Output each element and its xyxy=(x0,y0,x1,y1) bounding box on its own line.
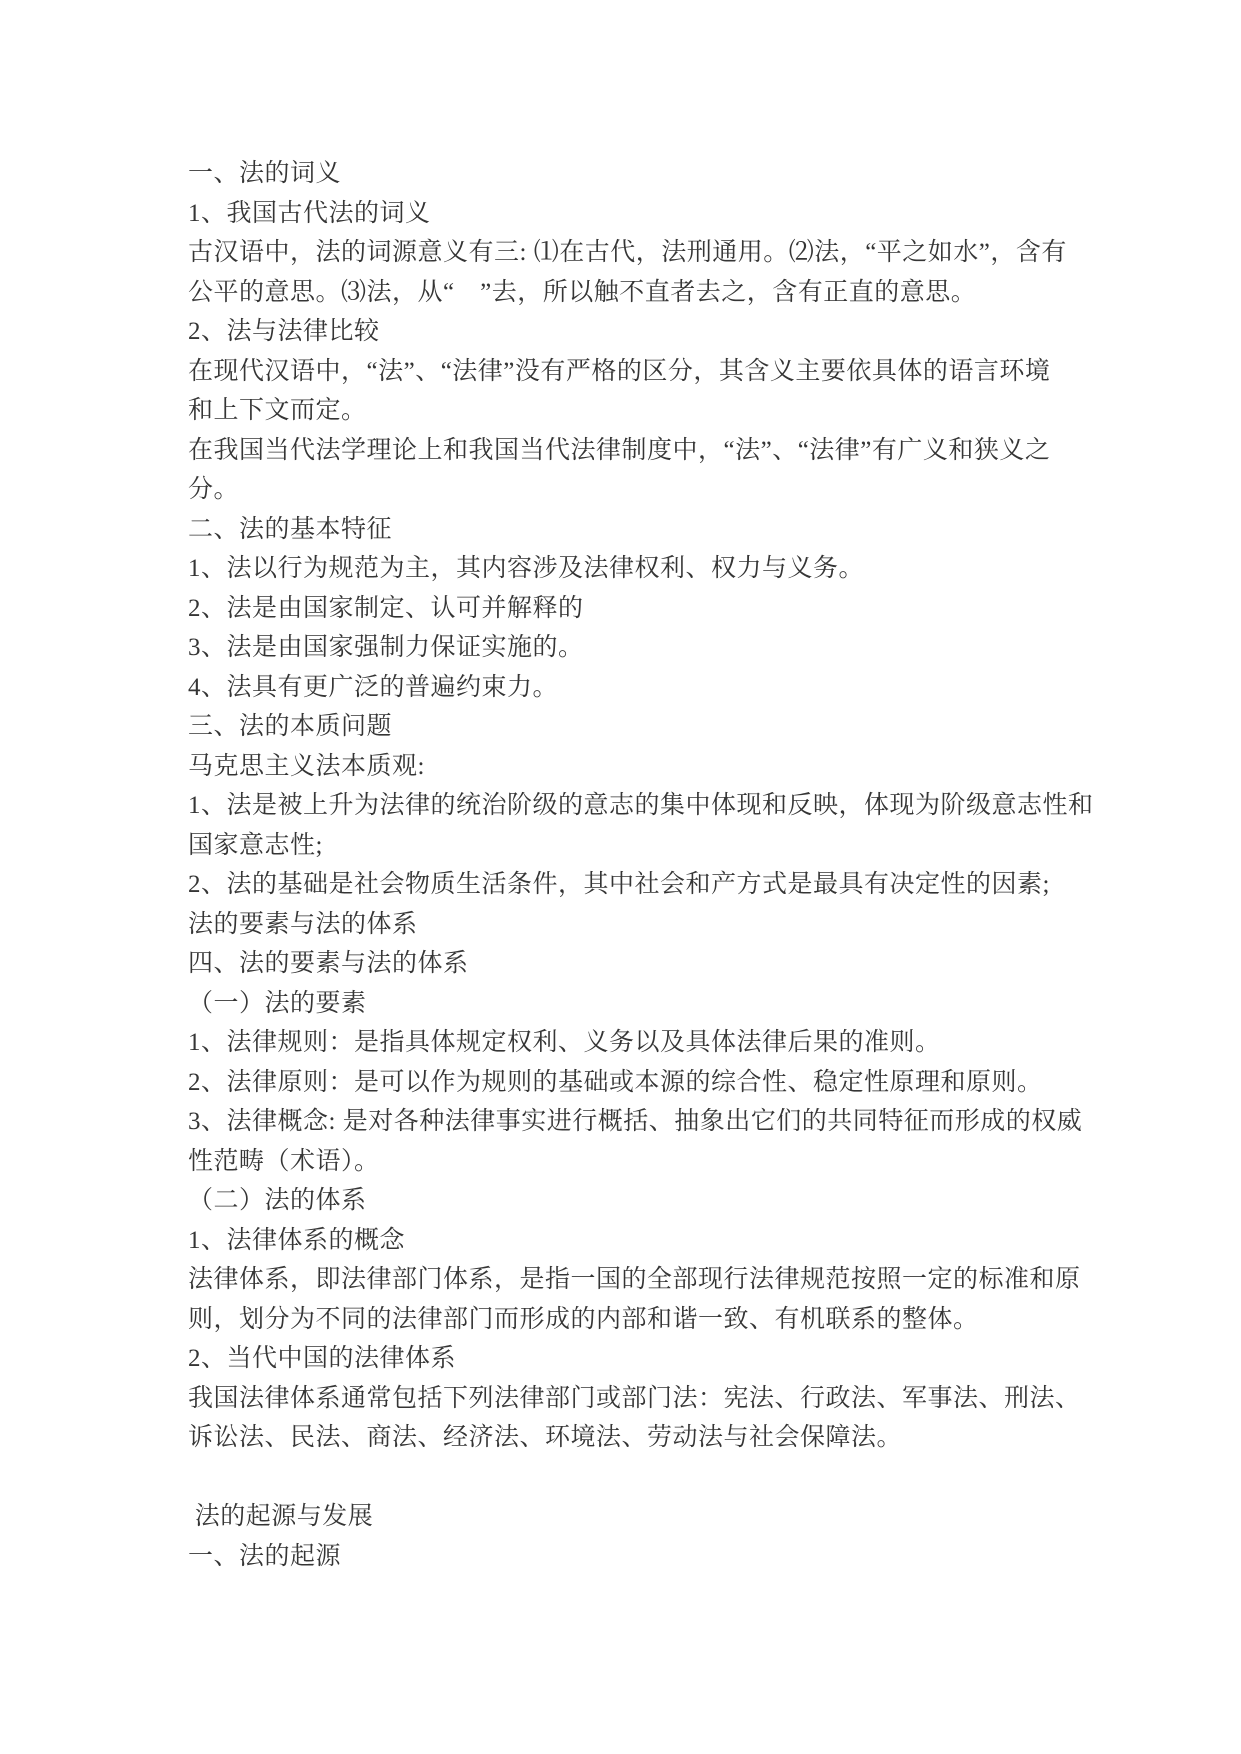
text-line: 法的起源与发展 xyxy=(188,1497,1088,1537)
text-line xyxy=(188,1458,1088,1498)
text-line: 则，划分为不同的法律部门而形成的内部和谐一致、有机联系的整体。 xyxy=(188,1300,1088,1340)
text-line: 法的要素与法的体系 xyxy=(188,905,1088,945)
text-line: 在现代汉语中，“法”、“法律”没有严格的区分，其含义主要依具体的语言环境 xyxy=(188,352,1088,392)
text-line: 1、法是被上升为法律的统治阶级的意志的集中体现和反映，体现为阶级意志性和 xyxy=(188,786,1088,826)
document-body: 一、法的词义1、我国古代法的词义古汉语中，法的词源意义有三: ⑴在古代，法刑通用… xyxy=(188,154,1088,1576)
text-line: 分。 xyxy=(188,470,1088,510)
text-line: 性范畴（术语）。 xyxy=(188,1142,1088,1182)
text-line: 2、法与法律比较 xyxy=(188,312,1088,352)
text-line: 诉讼法、民法、商法、经济法、环境法、劳动法与社会保障法。 xyxy=(188,1418,1088,1458)
text-line: 2、法的基础是社会物质生活条件，其中社会和产方式是最具有决定性的因素; xyxy=(188,865,1088,905)
text-line: 3、法律概念: 是对各种法律事实进行概括、抽象出它们的共同特征而形成的权威 xyxy=(188,1102,1088,1142)
text-line: 1、我国古代法的词义 xyxy=(188,194,1088,234)
text-line: 一、法的起源 xyxy=(188,1537,1088,1577)
text-line: 在我国当代法学理论上和我国当代法律制度中，“法”、“法律”有广义和狭义之 xyxy=(188,431,1088,471)
text-line: 国家意志性; xyxy=(188,826,1088,866)
text-line: 古汉语中，法的词源意义有三: ⑴在古代，法刑通用。⑵法，“平之如水”，含有 xyxy=(188,233,1088,273)
text-line: 一、法的词义 xyxy=(188,154,1088,194)
text-line: 二、法的基本特征 xyxy=(188,510,1088,550)
document-page: 一、法的词义1、我国古代法的词义古汉语中，法的词源意义有三: ⑴在古代，法刑通用… xyxy=(0,0,1241,1754)
text-line: 和上下文而定。 xyxy=(188,391,1088,431)
text-line: 2、当代中国的法律体系 xyxy=(188,1339,1088,1379)
text-line: 我国法律体系通常包括下列法律部门或部门法：宪法、行政法、军事法、刑法、 xyxy=(188,1379,1088,1419)
text-line: 2、法律原则：是可以作为规则的基础或本源的综合性、稳定性原理和原则。 xyxy=(188,1063,1088,1103)
text-line: （一）法的要素 xyxy=(188,984,1088,1024)
text-line: 1、法律体系的概念 xyxy=(188,1221,1088,1261)
text-line: 2、法是由国家制定、认可并解释的 xyxy=(188,589,1088,629)
text-line: 公平的意思。⑶法，从“ ”去，所以触不直者去之，含有正直的意思。 xyxy=(188,273,1088,313)
text-line: 1、法以行为规范为主，其内容涉及法律权利、权力与义务。 xyxy=(188,549,1088,589)
text-line: 法律体系，即法律部门体系，是指一国的全部现行法律规范按照一定的标准和原 xyxy=(188,1260,1088,1300)
text-line: 四、法的要素与法的体系 xyxy=(188,944,1088,984)
text-line: 4、法具有更广泛的普遍约束力。 xyxy=(188,668,1088,708)
text-line: 马克思主义法本质观: xyxy=(188,747,1088,787)
text-line: （二）法的体系 xyxy=(188,1181,1088,1221)
text-line: 3、法是由国家强制力保证实施的。 xyxy=(188,628,1088,668)
text-line: 1、法律规则：是指具体规定权利、义务以及具体法律后果的准则。 xyxy=(188,1023,1088,1063)
text-line: 三、法的本质问题 xyxy=(188,707,1088,747)
